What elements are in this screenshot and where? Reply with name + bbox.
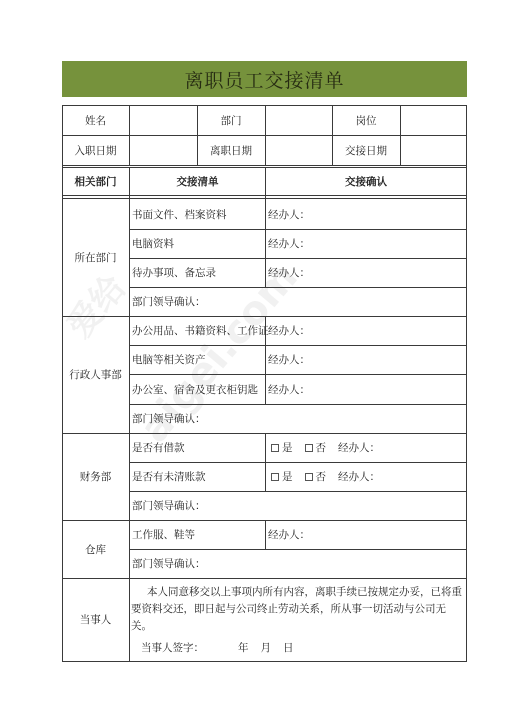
header-dept: 相关部门 <box>62 167 129 195</box>
label-name: 姓名 <box>62 105 129 135</box>
handler-field[interactable]: 经办人： <box>266 199 466 229</box>
title-banner: 离职员工交接清单 <box>62 61 467 97</box>
handler-field[interactable]: 经办人： <box>266 316 466 345</box>
checkbox-no[interactable] <box>305 473 313 481</box>
handler-field[interactable]: 经办人： <box>266 374 466 404</box>
dept-finance: 财务部 <box>62 433 129 520</box>
item: 办公室、宿舍及更衣柜钥匙 <box>130 374 265 404</box>
handler-field[interactable]: 经办人： <box>266 345 466 374</box>
handler-field[interactable]: 经办人： <box>338 440 380 455</box>
field-leave-date[interactable] <box>266 135 332 165</box>
label-dept: 部门 <box>197 105 265 135</box>
header-confirm: 交接确认 <box>266 167 466 195</box>
field-dept[interactable] <box>266 105 332 135</box>
handler-field[interactable]: 经办人： <box>338 469 380 484</box>
yes-label: 是 <box>282 469 293 484</box>
party-statement: 本人同意移交以上事项内所有内容，离职手续已按规定办妥，已将重要资料交还，即日起与… <box>131 584 465 635</box>
yes-label: 是 <box>282 440 293 455</box>
signature-label: 当事人签字： <box>141 640 204 655</box>
no-label: 否 <box>316 469 327 484</box>
border <box>62 661 467 662</box>
handler-field[interactable]: 经办人： <box>266 229 466 258</box>
item: 书面文件、档案资料 <box>130 199 265 229</box>
label-handover-date: 交接日期 <box>332 135 400 165</box>
checkbox-no[interactable] <box>305 444 313 452</box>
month-label: 月 <box>261 640 272 655</box>
leader-confirm-field[interactable]: 部门领导确认： <box>130 491 466 520</box>
item: 办公用品、书籍资料、工作证 <box>130 316 265 345</box>
leader-confirm-field[interactable]: 部门领导确认： <box>130 549 466 578</box>
year-label: 年 <box>238 640 249 655</box>
item: 是否有借款 <box>130 433 265 462</box>
divider <box>62 165 467 166</box>
leader-confirm-field[interactable]: 部门领导确认： <box>130 287 466 316</box>
dept-admin-hr: 行政人事部 <box>62 316 129 433</box>
dept-warehouse: 仓库 <box>62 520 129 578</box>
field-position[interactable] <box>401 105 466 135</box>
field-name[interactable] <box>130 105 197 135</box>
item: 工作服、鞋等 <box>130 520 265 549</box>
leader-confirm-field[interactable]: 部门领导确认： <box>130 404 466 433</box>
checkbox-yes[interactable] <box>271 444 279 452</box>
label-position: 岗位 <box>332 105 400 135</box>
dept-own: 所在部门 <box>62 198 129 316</box>
item: 待办事项、备忘录 <box>130 258 265 287</box>
debt-confirm-row: 是 否 经办人： <box>266 462 466 491</box>
day-label: 日 <box>283 640 294 655</box>
field-hire-date[interactable] <box>130 135 197 165</box>
header-list: 交接清单 <box>130 167 265 195</box>
signature-row: 当事人签字： 年 月 日 <box>141 640 294 655</box>
handler-field[interactable]: 经办人： <box>266 258 466 287</box>
checkbox-yes[interactable] <box>271 473 279 481</box>
item: 电脑资料 <box>130 229 265 258</box>
item: 是否有未清账款 <box>130 462 265 491</box>
handler-field[interactable]: 经办人： <box>266 520 466 549</box>
page-title: 离职员工交接清单 <box>184 66 344 93</box>
label-hire-date: 入职日期 <box>62 135 129 165</box>
loan-confirm-row: 是 否 经办人： <box>266 433 466 462</box>
statement-text: 本人同意移交以上事项内所有内容，离职手续已按规定办妥，已将重要资料交还，即日起与… <box>131 586 462 632</box>
field-handover-date[interactable] <box>401 135 466 165</box>
label-leave-date: 离职日期 <box>197 135 265 165</box>
no-label: 否 <box>316 440 327 455</box>
party-label: 当事人 <box>62 578 129 661</box>
item: 电脑等相关资产 <box>130 345 265 374</box>
